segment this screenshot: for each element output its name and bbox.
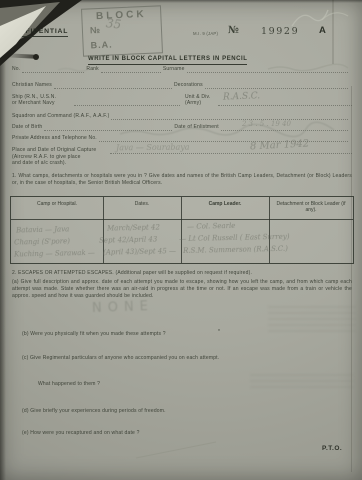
ink-blot [33,54,39,60]
asterisk-mark: * [218,329,220,336]
form-row-squadron: Squadron and Command (R.A.F., A.A.F.) [12,113,350,120]
no-label: No. [12,66,20,73]
unit-handwritten-value: R.A.S.C. [223,91,260,102]
stamp-line3: B.A. [90,39,112,50]
address-label: Private Address and Telephone No. [12,135,97,142]
capture-label-3: and date of a/c crash). [12,160,66,167]
stamp-no-label: № [90,25,100,35]
block-number-stamp: BLOCK № B.A. [81,5,163,56]
address-field-line [99,139,348,142]
form-row-names: Christian Names Decorations [12,82,350,89]
header-leader: Camp Leader. [181,197,269,219]
decorations-label: Decorations [174,82,203,89]
pencil-smudge-row1 [56,64,356,74]
header-camp: Camp or Hospital. [11,197,103,219]
table-handwritten-row-1: Batavia — Java March/Sept 42 — Col. Sear… [11,219,353,226]
birth-label: Date of Birth [12,124,42,131]
ship-field-line [74,103,180,106]
question-2d: (d) Give briefly your experiences during… [22,408,166,415]
squadron-label: Squadron and Command (R.A.F., A.A.F.) [12,113,109,120]
stamp-block-number-handwritten: 35 [105,16,122,32]
unit-label: Unit & Div. (Army) [185,94,210,106]
series-letter: A [319,25,326,36]
scanned-form-page: CONFIDENTIAL BLOCK № B.A. 35 M.I. 9 (JAP… [0,0,362,480]
unit-field-line [218,103,352,106]
question-1: 1. What camps, detachments or hospitals … [12,173,352,187]
header-dates: Dates. [103,197,181,219]
capture-place-handwritten: Java — Sourabaya [116,143,190,153]
camps-table: Camp or Hospital. Dates. Camp Leader. De… [10,196,354,264]
ink-bleed-through-1 [268,306,356,332]
ship-label: Ship (R.N., U.S.N. or Merchant Navy [12,94,56,106]
christian-names-label: Christian Names [12,82,52,89]
serial-number: 19929 [261,26,299,37]
none-handwritten-answer: NONE [92,299,154,316]
squadron-field-line [111,117,348,120]
christian-names-line [54,86,172,89]
pto-label: P.T.O. [322,445,342,452]
question-2e: (e) How were you recaptured and on what … [22,430,140,437]
ink-bleed-through-2 [250,374,354,388]
header-detachment: Detachment or Block Leader (if any). [269,197,353,219]
scan-left-edge [0,0,6,480]
question-2c2: What happened to them ? [38,381,100,388]
pencil-stroke [132,438,222,462]
question-2a: (a) Give full description and approx. da… [12,279,352,300]
form-reference: M.I. 9 (JAP) [193,31,218,36]
address-handwriting-smudge [118,128,348,138]
number-symbol: № [228,25,239,36]
table-header-row: Camp or Hospital. Dates. Camp Leader. De… [11,197,353,220]
capture-label-1: Place and Date of Original Capture [12,147,96,154]
question-2c: (c) Give Regimental particulars of anyon… [22,355,219,362]
question-2-heading: 2. ESCAPES OR ATTEMPTED ESCAPES. (Additi… [12,270,356,277]
decorations-line [205,86,348,89]
question-2b: (b) Were you physically fit when you mad… [22,331,166,338]
